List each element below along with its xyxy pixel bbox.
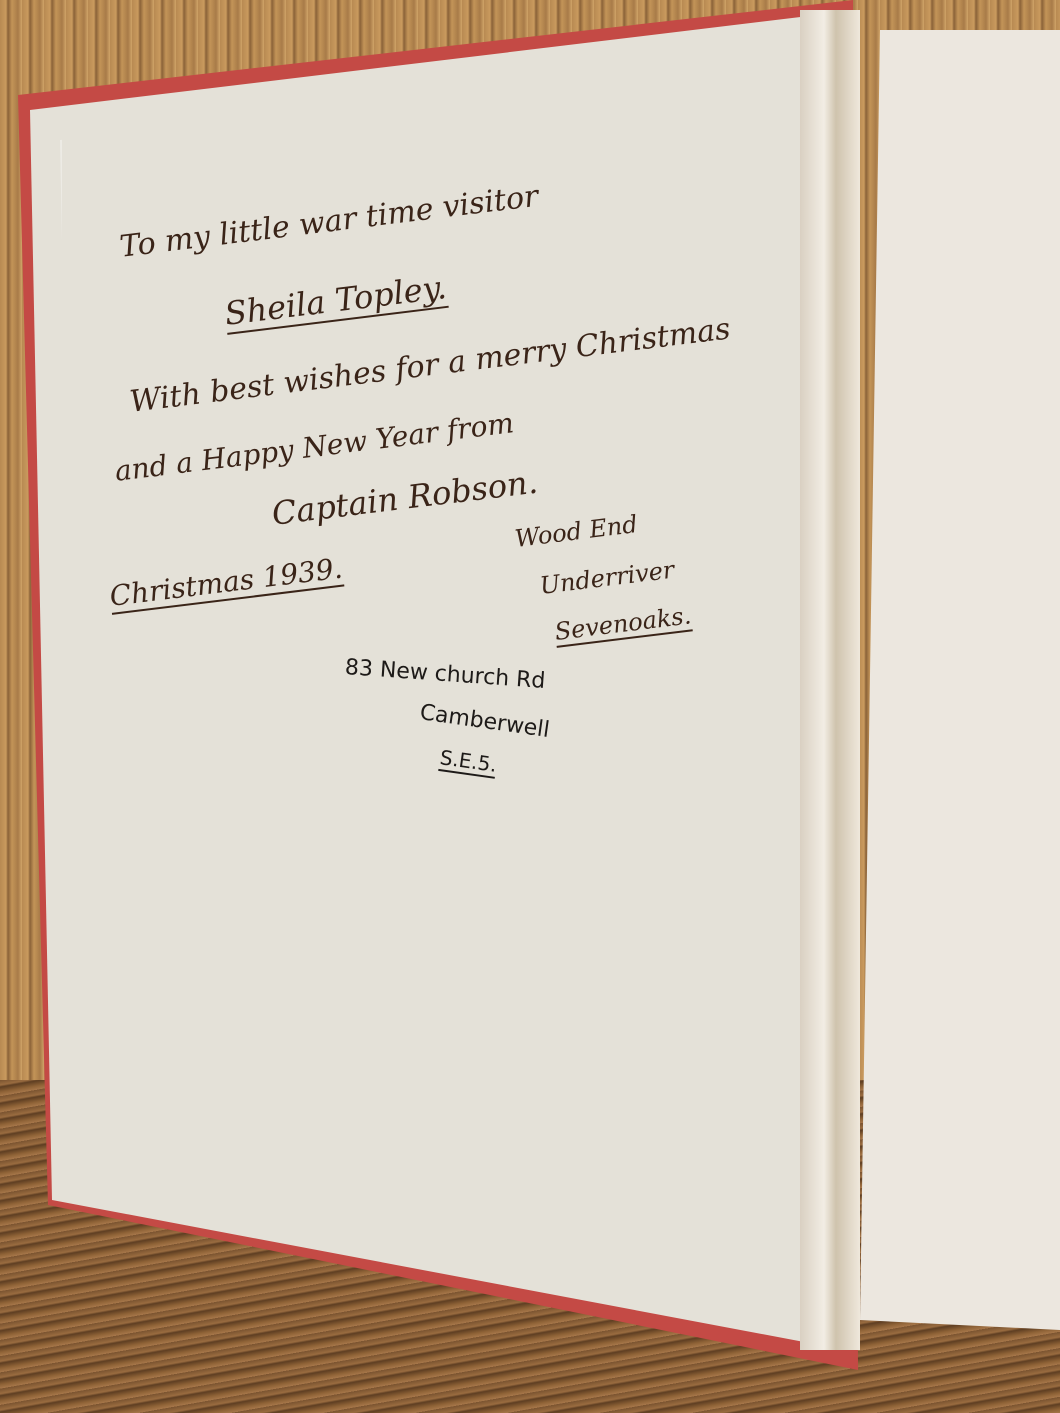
facing-page	[860, 30, 1060, 1330]
book-spine-gutter	[800, 10, 860, 1350]
